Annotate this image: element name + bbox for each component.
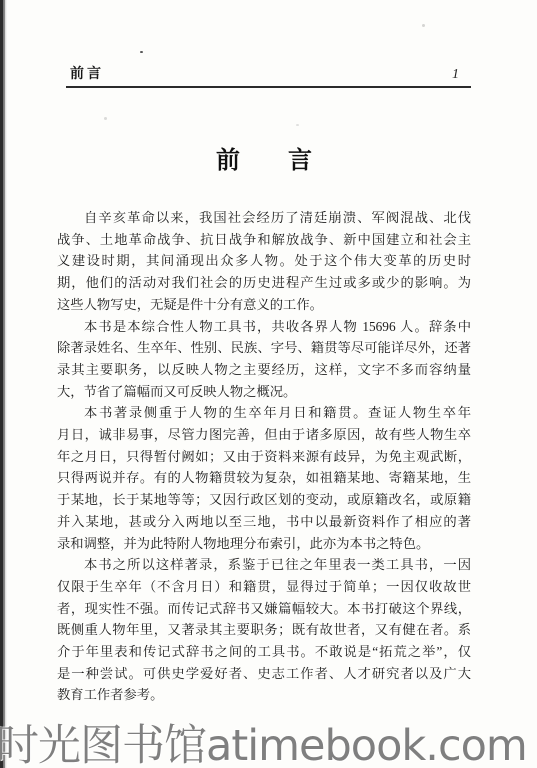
paragraph: 本书著录侧重于人物的生卒年月日和籍贯。查证人物生卒年月日，诚非易事，尽管力图完善… xyxy=(57,402,471,554)
body-text: 自辛亥革命以来，我国社会经历了清廷崩溃、军阀混战、北伐战争、土地革命战争、抗日战… xyxy=(57,207,471,706)
scan-speck xyxy=(104,117,107,120)
body-line: 战争、土地革命战争、抗日战争和解放战争、新中国建立和社会主 xyxy=(57,229,471,251)
scan-gutter-edge xyxy=(0,0,7,768)
running-header: 前言 1 xyxy=(70,63,469,83)
body-line: 本书是本综合性人物工具书，共收各界人物 15696 人。辞条中 xyxy=(57,316,471,338)
body-line: 既侧重人物年里，又著录其主要职务；既有故世者，又有健在者。系 xyxy=(57,619,471,641)
body-line: 并入某地，甚或分入两地以至三地，书中以最新资料作了相应的著 xyxy=(57,511,471,533)
body-line: 介于年里表和传记式辞书之间的工具书。不敢说是“拓荒之举”，仅 xyxy=(57,641,471,663)
body-line: 本书之所以这样著录，系鉴于已往之年里表一类工具书，一因 xyxy=(57,554,471,576)
page-title-char: 言 xyxy=(288,140,312,175)
body-line: 教育工作者参考。 xyxy=(57,684,471,706)
scan-speck xyxy=(422,24,425,27)
body-line: 录和调整，并为此特附人物地理分布索引，此亦为本书之特色。 xyxy=(57,533,471,555)
paragraph: 本书是本综合性人物工具书，共收各界人物 15696 人。辞条中除著录姓名、生卒年… xyxy=(57,316,471,403)
scanned-page: 前言 1 前 言 自辛亥革命以来，我国社会经历了清廷崩溃、军阀混战、北伐战争、土… xyxy=(0,0,537,768)
body-line: 录其主要职务，以反映人物之主要经历，这样，文字不多而容纳量 xyxy=(57,359,471,381)
scan-speck xyxy=(140,51,143,53)
body-line: 年之月日，只得暂付阙如；又由于资料来源有歧异，为免主观武断， xyxy=(57,446,471,468)
page-title: 前 言 xyxy=(57,140,471,175)
paragraph: 自辛亥革命以来，我国社会经历了清廷崩溃、军阀混战、北伐战争、土地革命战争、抗日战… xyxy=(57,207,471,316)
body-line: 是一种尝试。可供史学爱好者、史志工作者、人才研究者以及广大 xyxy=(57,663,471,685)
body-line: 这些人物写史，无疑是件十分有意义的工作。 xyxy=(57,294,471,316)
watermark-text: 时光图书馆atimebook.com xyxy=(0,712,537,768)
body-line: 本书著录侧重于人物的生卒年月日和籍贯。查证人物生卒年 xyxy=(57,402,471,424)
paragraph: 本书之所以这样著录，系鉴于已往之年里表一类工具书，一因仅限于生卒年（不含月日）和… xyxy=(57,554,471,706)
body-line: 期，他们的活动对我们社会的历史进程产生过或多或少的影响。为 xyxy=(57,272,471,294)
page-number: 1 xyxy=(452,67,469,83)
header-rule xyxy=(66,86,471,88)
body-line: 于某地，长于某地等等；又因行政区划的变动，或原籍改名，或原籍 xyxy=(57,489,471,511)
body-line: 除著录姓名、生卒年、性别、民族、字号、籍贯等尽可能详尽外，还著 xyxy=(57,337,471,359)
body-line: 自辛亥革命以来，我国社会经历了清廷崩溃、军阀混战、北伐 xyxy=(57,207,471,229)
body-line: 者，现实性不强。而传记式辞书又嫌篇幅较大。本书打破这个界线， xyxy=(57,598,471,620)
body-line: 仅限于生卒年（不含月日）和籍贯，显得过于简单；一因仅收故世 xyxy=(57,576,471,598)
running-title: 前言 xyxy=(70,63,104,83)
body-line: 大，节省了篇幅而又可反映人物之概况。 xyxy=(57,381,471,403)
page-title-char: 前 xyxy=(216,140,240,175)
body-line: 只得两说并存。有的人物籍贯较为复杂，如祖籍某地、寄籍某地，生 xyxy=(57,467,471,489)
scan-speck xyxy=(296,124,299,126)
body-line: 月日，诚非易事，尽管力图完善，但由于诸多原因，故有些人物生卒 xyxy=(57,424,471,446)
body-line: 义建设时期，其间涌现出众多人物。处于这个伟大变革的历史时 xyxy=(57,250,471,272)
